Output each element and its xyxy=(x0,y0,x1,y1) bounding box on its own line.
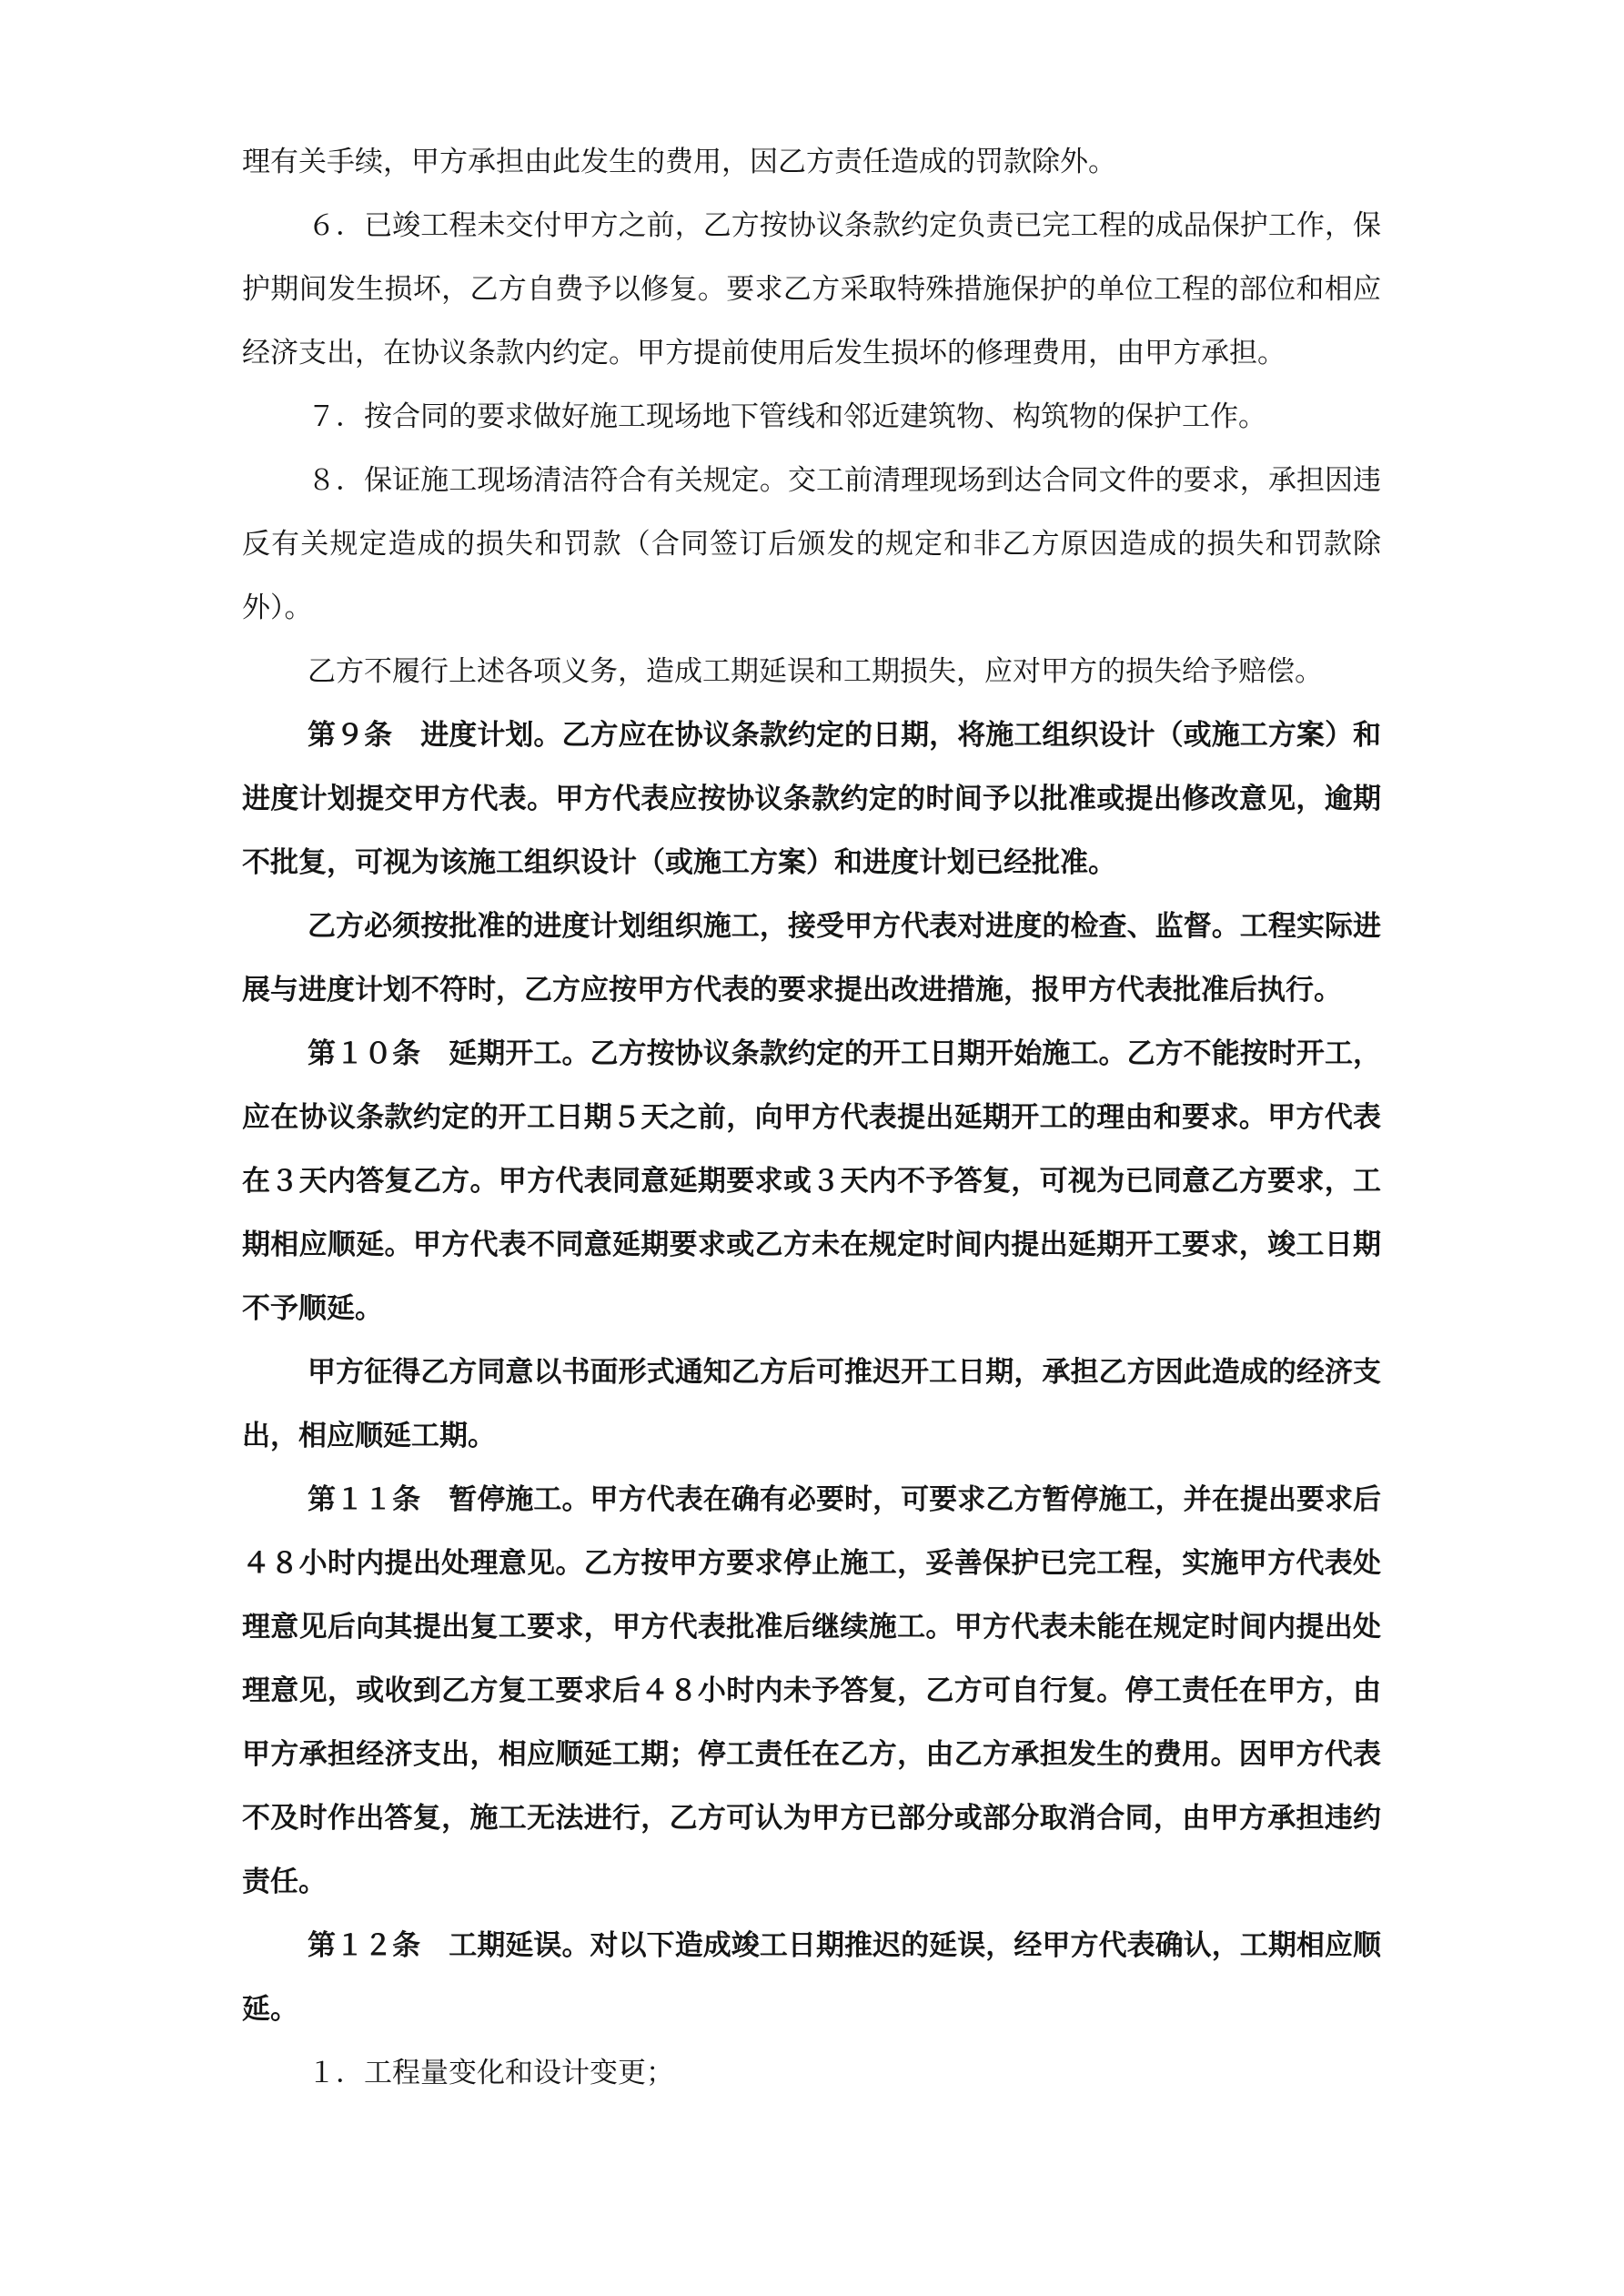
paragraph: 第１０条 延期开工。乙方按协议条款约定的开工日期开始施工。乙方不能按时开工，应在… xyxy=(242,1022,1381,1340)
paragraph: 乙方必须按批准的进度计划组织施工，接受甲方代表对进度的检查、监督。工程实际进展与… xyxy=(242,895,1381,1022)
paragraph: 第９条 进度计划。乙方应在协议条款约定的日期，将施工组织设计（或施工方案）和进度… xyxy=(242,703,1381,895)
paragraph: 理有关手续，甲方承担由此发生的费用，因乙方责任造成的罚款除外。 xyxy=(242,130,1381,194)
paragraph: 第１１条 暂停施工。甲方代表在确有必要时，可要求乙方暂停施工，并在提出要求后４８… xyxy=(242,1468,1381,1914)
paragraph: 乙方不履行上述各项义务，造成工期延误和工期损失，应对甲方的损失给予赔偿。 xyxy=(242,640,1381,703)
paragraph: 甲方征得乙方同意以书面形式通知乙方后可推迟开工日期，承担乙方因此造成的经济支出，… xyxy=(242,1340,1381,1468)
paragraph: 第１２条 工期延误。对以下造成竣工日期推迟的延误，经甲方代表确认，工期相应顺延。 xyxy=(242,1914,1381,2041)
paragraph: １．工程量变化和设计变更； xyxy=(242,2041,1381,2105)
paragraph: ８．保证施工现场清洁符合有关规定。交工前清理现场到达合同文件的要求，承担因违反有… xyxy=(242,449,1381,640)
paragraph: ６．已竣工程未交付甲方之前，乙方按协议条款约定负责已完工程的成品保护工作，保护期… xyxy=(242,194,1381,385)
document-body: 理有关手续，甲方承担由此发生的费用，因乙方责任造成的罚款除外。６．已竣工程未交付… xyxy=(242,130,1381,2105)
document-page: 理有关手续，甲方承担由此发生的费用，因乙方责任造成的罚款除外。６．已竣工程未交付… xyxy=(0,0,1624,2296)
paragraph: ７．按合同的要求做好施工现场地下管线和邻近建筑物、构筑物的保护工作。 xyxy=(242,385,1381,449)
